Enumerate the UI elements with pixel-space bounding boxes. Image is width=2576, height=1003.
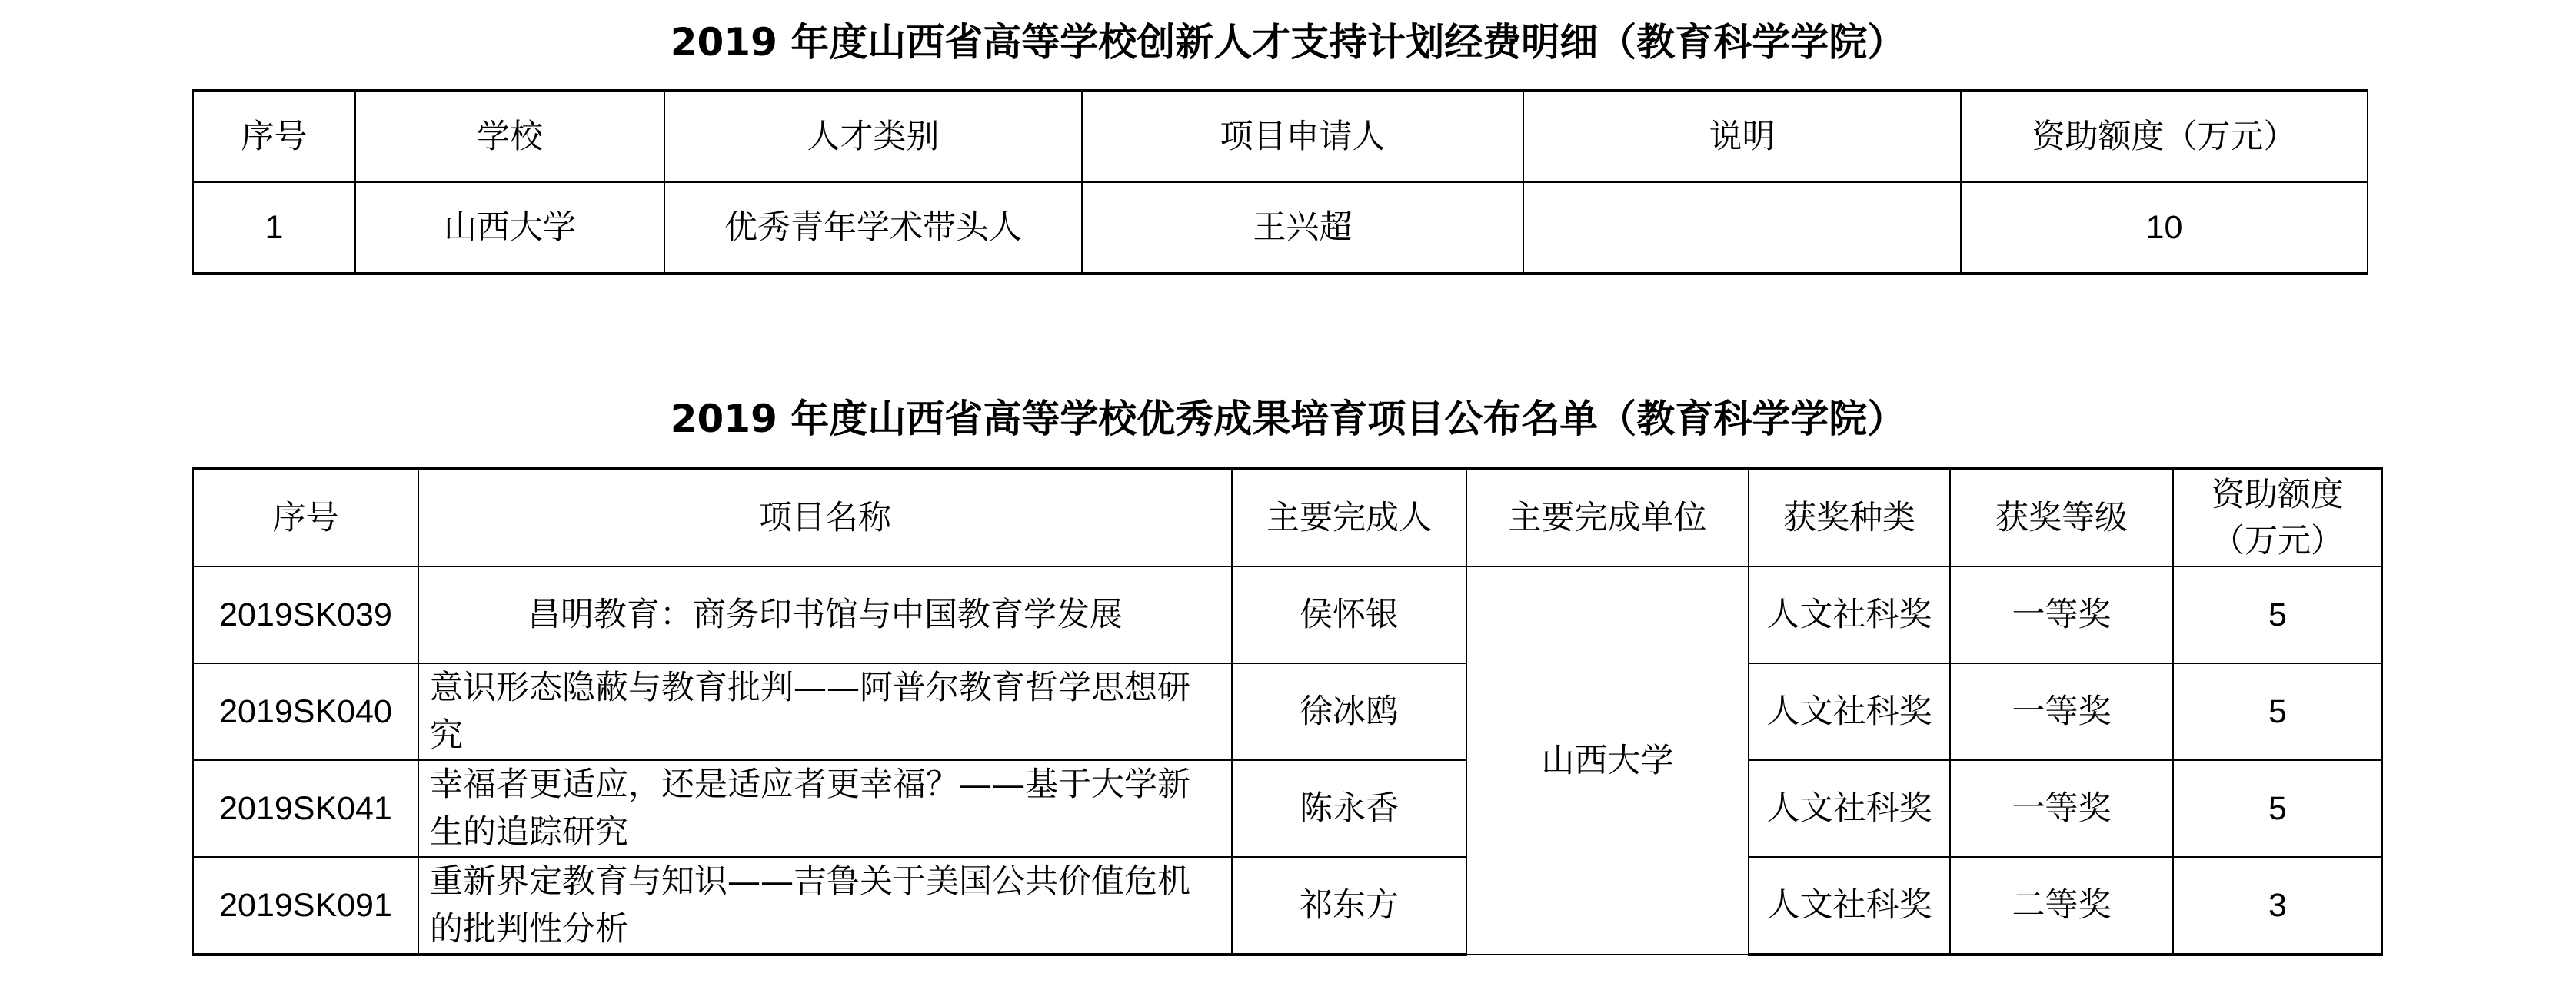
col-header-index: 序号 xyxy=(193,91,355,182)
cell-funding: 3 xyxy=(2173,857,2382,955)
cell-main-person: 徐冰鸥 xyxy=(1232,663,1466,760)
col-header-talent-category: 人才类别 xyxy=(664,91,1082,182)
cell-project-name: 幸福者更适应，还是适应者更幸福？——基于大学新生的追踪研究 xyxy=(418,760,1232,857)
col-header-award-type: 获奖种类 xyxy=(1749,469,1950,566)
col-header-funding: 资助额度（万元） xyxy=(2173,469,2382,566)
col-header-applicant: 项目申请人 xyxy=(1082,91,1523,182)
cell-school: 山西大学 xyxy=(355,182,664,274)
cell-talent-category: 优秀青年学术带头人 xyxy=(664,182,1082,274)
cell-main-person: 陈永香 xyxy=(1232,760,1466,857)
col-header-school: 学校 xyxy=(355,91,664,182)
table-row: 1 山西大学 优秀青年学术带头人 王兴超 10 xyxy=(193,182,2368,274)
table1-title: 2019 年度山西省高等学校创新人才支持计划经费明细（教育科学学院） xyxy=(0,19,2576,65)
cell-project-name: 昌明教育：商务印书馆与中国教育学发展 xyxy=(418,566,1232,663)
col-header-project-name: 项目名称 xyxy=(418,469,1232,566)
cell-description xyxy=(1523,182,1961,274)
cell-index: 1 xyxy=(193,182,355,274)
cell-main-person: 祁东方 xyxy=(1232,857,1466,955)
cell-award-type: 人文社科奖 xyxy=(1749,663,1950,760)
cell-applicant: 王兴超 xyxy=(1082,182,1523,274)
table-row: 2019SK039 昌明教育：商务印书馆与中国教育学发展 侯怀银 山西大学 人文… xyxy=(193,566,2382,663)
cell-funding: 5 xyxy=(2173,566,2382,663)
cell-project-name: 意识形态隐蔽与教育批判——阿普尔教育哲学思想研究 xyxy=(418,663,1232,760)
table-row: 2019SK040 意识形态隐蔽与教育批判——阿普尔教育哲学思想研究 徐冰鸥 人… xyxy=(193,663,2382,760)
table2-title: 2019 年度山西省高等学校优秀成果培育项目公布名单（教育科学学院） xyxy=(0,396,2576,442)
talent-funding-table: 序号 学校 人才类别 项目申请人 说明 资助额度（万元） 1 山西大学 优秀青年… xyxy=(192,89,2368,275)
col-header-description: 说明 xyxy=(1523,91,1961,182)
achievement-projects-table: 序号 项目名称 主要完成人 主要完成单位 获奖种类 获奖等级 资助额度（万元） … xyxy=(192,467,2383,956)
cell-award-level: 二等奖 xyxy=(1950,857,2173,955)
cell-id: 2019SK039 xyxy=(193,566,418,663)
cell-id: 2019SK091 xyxy=(193,857,418,955)
cell-award-level: 一等奖 xyxy=(1950,566,2173,663)
cell-main-person: 侯怀银 xyxy=(1232,566,1466,663)
col-header-main-person: 主要完成人 xyxy=(1232,469,1466,566)
col-header-index: 序号 xyxy=(193,469,418,566)
col-header-funding: 资助额度（万元） xyxy=(1961,91,2368,182)
table-row: 2019SK091 重新界定教育与知识——吉鲁关于美国公共价值危机的批判性分析 … xyxy=(193,857,2382,955)
cell-id: 2019SK040 xyxy=(193,663,418,760)
col-header-main-unit: 主要完成单位 xyxy=(1466,469,1749,566)
cell-funding: 10 xyxy=(1961,182,2368,274)
cell-award-type: 人文社科奖 xyxy=(1749,857,1950,955)
cell-award-level: 一等奖 xyxy=(1950,760,2173,857)
cell-funding: 5 xyxy=(2173,663,2382,760)
table-row: 2019SK041 幸福者更适应，还是适应者更幸福？——基于大学新生的追踪研究 … xyxy=(193,760,2382,857)
cell-award-type: 人文社科奖 xyxy=(1749,760,1950,857)
table-header-row: 序号 学校 人才类别 项目申请人 说明 资助额度（万元） xyxy=(193,91,2368,182)
cell-award-type: 人文社科奖 xyxy=(1749,566,1950,663)
cell-project-name: 重新界定教育与知识——吉鲁关于美国公共价值危机的批判性分析 xyxy=(418,857,1232,955)
table-header-row: 序号 项目名称 主要完成人 主要完成单位 获奖种类 获奖等级 资助额度（万元） xyxy=(193,469,2382,566)
cell-funding: 5 xyxy=(2173,760,2382,857)
cell-main-unit: 山西大学 xyxy=(1466,566,1749,955)
col-header-award-level: 获奖等级 xyxy=(1950,469,2173,566)
cell-award-level: 一等奖 xyxy=(1950,663,2173,760)
cell-id: 2019SK041 xyxy=(193,760,418,857)
